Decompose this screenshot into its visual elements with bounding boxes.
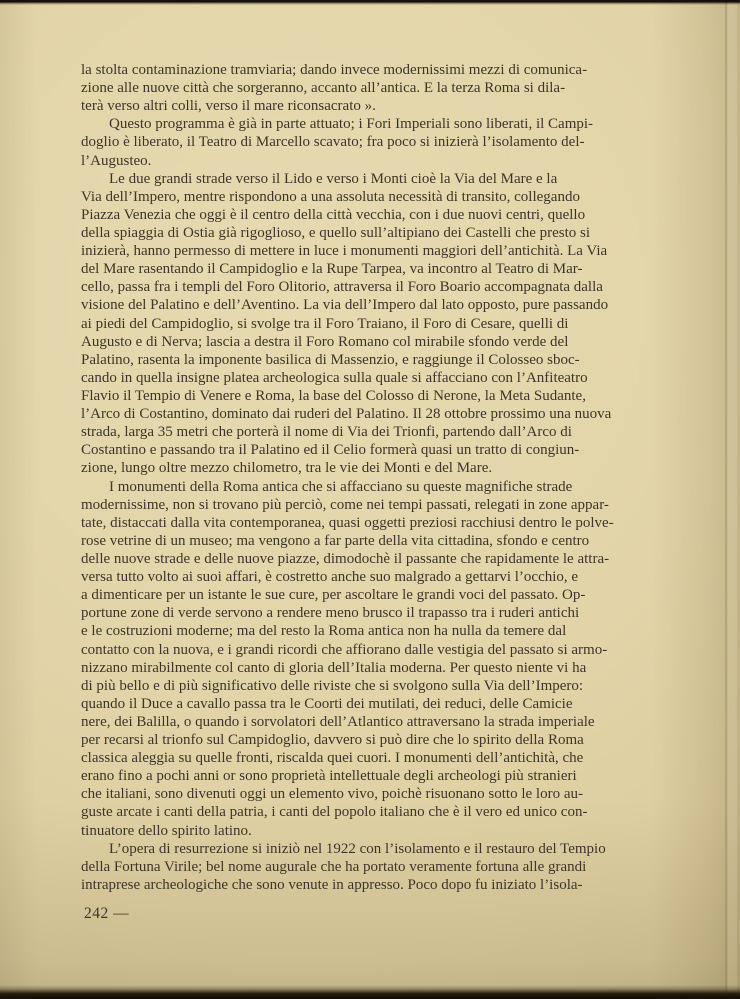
text-line: la stolta contaminazione tramviaria; dan… — [81, 61, 688, 79]
text-line: guste arcate i canti della patria, i can… — [81, 803, 688, 821]
page-number: 242 — — [84, 905, 129, 923]
text-line: zione alle nuove città che sorgeranno, a… — [81, 79, 688, 97]
text-line: tate, distaccati dalla vita contemporane… — [81, 514, 688, 532]
text-line: nizzano mirabilmente col canto di gloria… — [81, 659, 688, 677]
text-line: strada, larga 35 metri che porterà il no… — [81, 423, 688, 441]
text-line: cando in quella insigne platea archeolog… — [81, 369, 688, 387]
text-line: versa tutto volto ai suoi affari, è cost… — [81, 568, 688, 586]
text-line: cello, passa fra i templi del Foro Olito… — [81, 278, 688, 296]
page-crease-highlight — [728, 0, 737, 999]
text-line: di più bello e di più significativo dell… — [81, 677, 688, 695]
page-edge-top — [0, 0, 740, 5]
text-line: e le costruzioni moderne; ma del resto l… — [81, 622, 688, 640]
text-line: contatto con la nuova, e i grandi ricord… — [81, 641, 688, 659]
text-line: che italiani, sono divenuti oggi un elem… — [81, 785, 688, 803]
text-line: Palatino, rasenta la imponente basilica … — [81, 351, 688, 369]
text-line: Le due grandi strade verso il Lido e ver… — [81, 170, 688, 188]
text-line: del Mare rasentando il Campidoglio e la … — [81, 260, 688, 278]
text-line: nere, dei Balilla, o quando i sorvolator… — [81, 713, 688, 731]
text-block: la stolta contaminazione tramviaria; dan… — [81, 61, 688, 894]
text-line: inizierà, hanno permesso di mettere in l… — [81, 242, 688, 260]
text-line: modernissime, non si trovano più perciò,… — [81, 496, 688, 514]
text-line: Questo programma è già in parte attuato;… — [81, 115, 688, 133]
text-line: Via dell’Impero, mentre rispondono a una… — [81, 188, 688, 206]
text-line: I monumenti della Roma antica che si aff… — [81, 478, 688, 496]
text-line: doglio è liberato, il Teatro di Marcello… — [81, 133, 688, 151]
text-line: della Fortuna Virile; bel nome augurale … — [81, 858, 688, 876]
text-line: erano fino a pochi anni or sono propriet… — [81, 767, 688, 785]
text-line: a dimenticare per un istante le sue cure… — [81, 586, 688, 604]
text-line: terà verso altri colli, verso il mare ri… — [81, 97, 688, 115]
text-line: l’Augusteo. — [81, 152, 688, 170]
text-line: Piazza Venezia che oggi è il centro dell… — [81, 206, 688, 224]
text-line: portune zone di verde servono a rendere … — [81, 604, 688, 622]
text-line: Flavio il Tempio di Venere e Roma, la ba… — [81, 387, 688, 405]
text-line: Augusto e di Nerva; lascia a destra il F… — [81, 333, 688, 351]
text-line: quando il Duce a cavallo passa tra le Co… — [81, 695, 688, 713]
book-page: la stolta contaminazione tramviaria; dan… — [0, 0, 740, 999]
page-crease-line — [725, 0, 727, 999]
text-line: tinuatore dello spirito latino. — [81, 822, 688, 840]
text-line: delle nuove strade e delle nuove piazze,… — [81, 550, 688, 568]
text-line: classica aleggia su quelle fronti, risca… — [81, 749, 688, 767]
text-line: Costantino e passando tra il Palatino ed… — [81, 441, 688, 459]
text-line: L’opera di resurrezione si iniziò nel 19… — [81, 840, 688, 858]
text-line: ai piedi del Campidoglio, si svolge tra … — [81, 315, 688, 333]
text-line: visione del Palatino e dell’Aventino. La… — [81, 296, 688, 314]
text-line: intraprese archeologiche che sono venute… — [81, 876, 688, 894]
text-line: l’Arco di Costantino, dominato dai ruder… — [81, 405, 688, 423]
text-line: rose vetrine di un museo; ma vengono a f… — [81, 532, 688, 550]
text-line: zione, lungo oltre mezzo chilometro, tra… — [81, 459, 688, 477]
text-line: per recarsi al trionfo sul Campidoglio, … — [81, 731, 688, 749]
page-edge-bottom — [0, 985, 740, 999]
text-line: della spiaggia di Ostia già rigoglioso, … — [81, 224, 688, 242]
